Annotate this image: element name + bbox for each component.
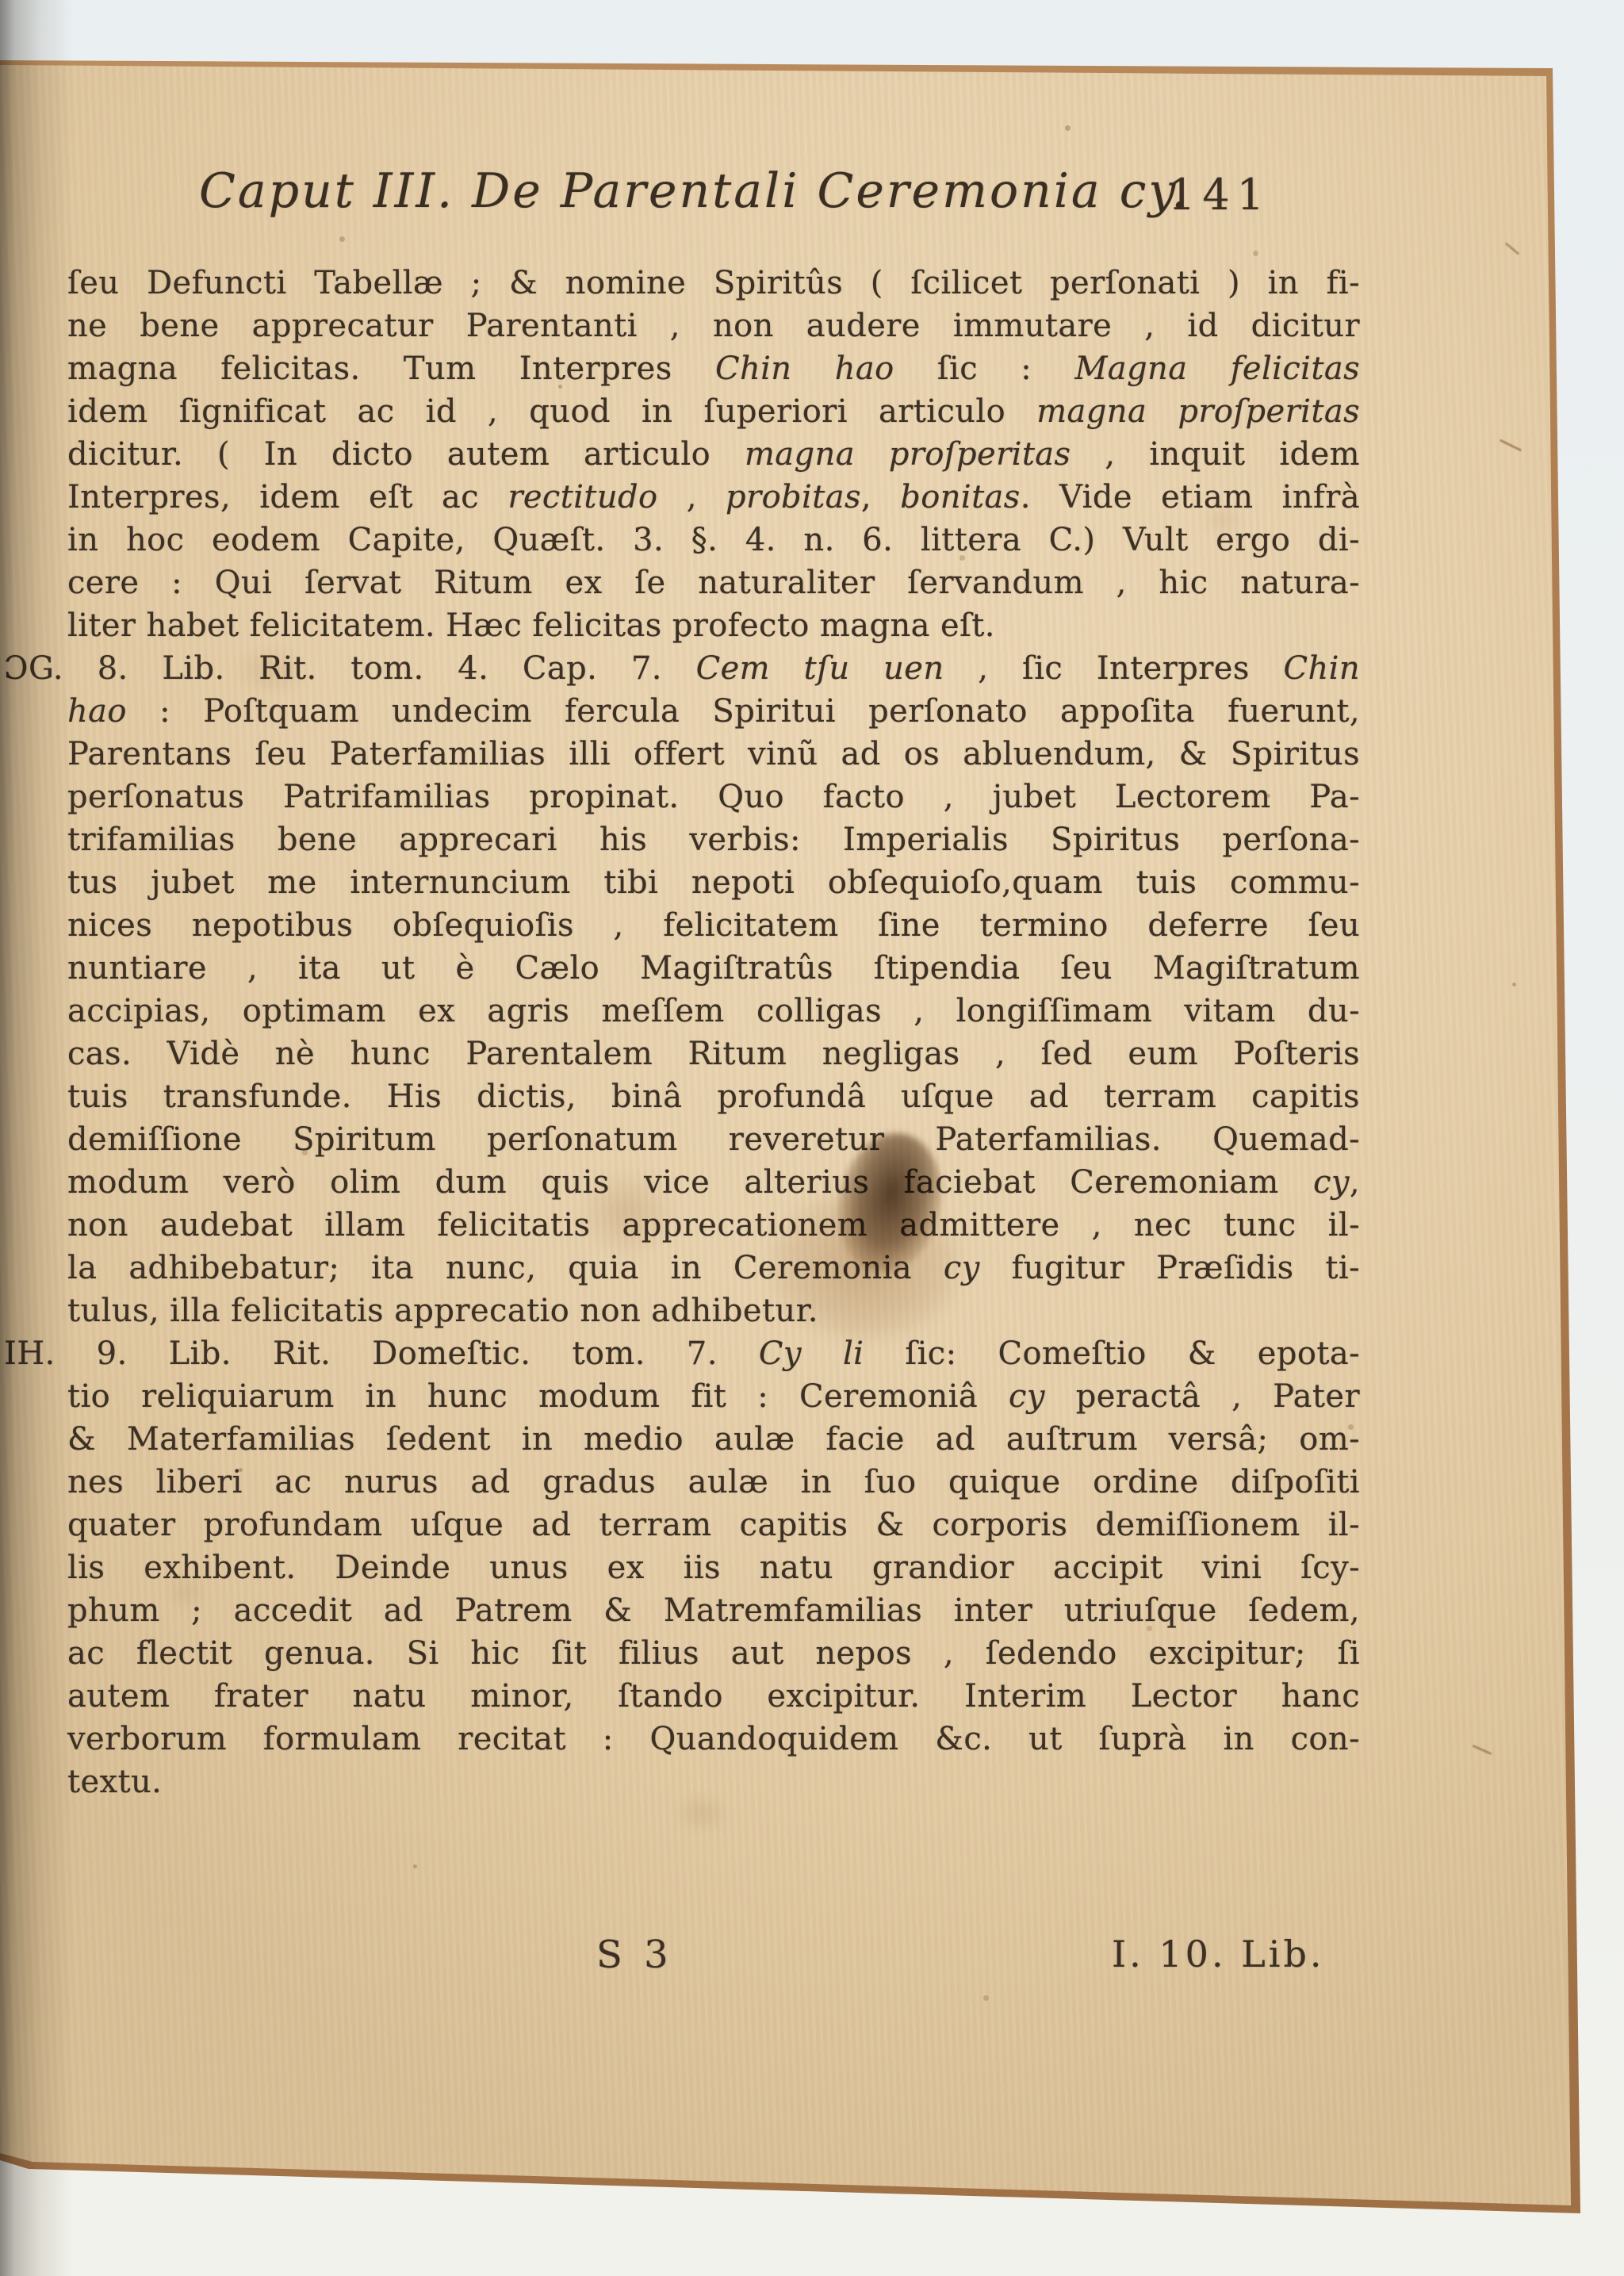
text-line: quater profundam uſque ad terram capitis…	[67, 1504, 1360, 1546]
text-segment: quater profundam uſque ad terram capitis…	[67, 1507, 1360, 1543]
text-segment: phum ; accedit ad Patrem & Matremfamilia…	[67, 1592, 1360, 1629]
text-block: ſeu Defuncti Tabellæ ; & nomine Spiritûs…	[67, 262, 1360, 1803]
running-header: Caput III. De Parentali Ceremonia cy. 14…	[67, 163, 1360, 251]
text-segment: , ſic Interpres	[944, 650, 1284, 687]
text-line: hao : Poſtquam undecim fercula Spiritui …	[67, 690, 1360, 733]
text-line: verborum formulam recitat : Quandoquidem…	[67, 1718, 1360, 1761]
text-segment: ſic: Comeſtio & epota-	[864, 1335, 1360, 1372]
italic-text-segment: Cem tſu uen	[696, 650, 944, 687]
text-line: la adhibebatur; ita nunc, quia in Ceremo…	[67, 1247, 1360, 1289]
text-segment: ,	[861, 479, 900, 515]
text-line: dicitur. ( In dicto autem articulo magna…	[67, 433, 1360, 476]
text-line: non audebat illam felicitatis apprecatio…	[67, 1204, 1360, 1247]
text-segment: demiſſione Spiritum perſonatum reveretur…	[67, 1121, 1360, 1158]
text-segment: tio reliquiarum in hunc modum fit : Cere…	[67, 1378, 1009, 1415]
text-segment: , inquit idem	[1071, 436, 1360, 473]
text-segment: : Poſtquam undecim fercula Spiritui perſ…	[127, 693, 1360, 730]
text-segment: peractâ , Pater	[1045, 1378, 1360, 1415]
text-segment: non audebat illam felicitatis apprecatio…	[67, 1207, 1360, 1243]
text-line: ne bene apprecatur Parentanti , non aude…	[67, 305, 1360, 347]
italic-text-segment: cy	[944, 1250, 980, 1286]
text-segment: Interpres, idem eſt ac	[67, 479, 507, 515]
italic-text-segment: cy	[1009, 1378, 1045, 1415]
italic-text-segment: rectitudo	[507, 479, 657, 515]
text-line: ac flectit genua. Si hic ſit filius aut …	[67, 1632, 1360, 1675]
text-line: demiſſione Spiritum perſonatum reveretur…	[67, 1118, 1360, 1161]
text-segment: tulus, illa felicitatis apprecatio non a…	[67, 1293, 818, 1329]
text-line: perſonatus Patrifamilias propinat. Quo f…	[67, 776, 1360, 818]
italic-text-segment: Chin	[1283, 650, 1360, 687]
italic-text-segment: Chin hao	[715, 351, 894, 387]
signature-mark: S 3	[596, 1933, 673, 1977]
text-line: nices nepotibus obſequioſis , felicitate…	[67, 904, 1360, 947]
text-segment: autem frater natu minor, ſtando excipitu…	[67, 1678, 1360, 1715]
text-segment: Parentans ſeu Paterfamilias illi offert …	[67, 736, 1360, 772]
text-segment: la adhibebatur; ita nunc, quia in Ceremo…	[67, 1250, 944, 1286]
text-segment: tuis transfunde. His dictis, binâ profun…	[67, 1079, 1360, 1115]
text-line: lis exhibent. Deinde unus ex iis natu gr…	[67, 1546, 1360, 1589]
text-line: nes liberi ac nurus ad gradus aulæ in ſu…	[67, 1461, 1360, 1504]
text-line: nuntiare , ita ut è Cælo Magiſtratûs ſti…	[67, 947, 1360, 990]
text-segment: fugitur Præſidis ti-	[980, 1250, 1360, 1286]
text-line: autem frater natu minor, ſtando excipitu…	[67, 1675, 1360, 1718]
text-segment: dicitur. ( In dicto autem articulo	[67, 436, 745, 473]
italic-text-segment: Magna felicitas	[1074, 351, 1360, 387]
text-line: tio reliquiarum in hunc modum fit : Cere…	[67, 1375, 1360, 1418]
italic-text-segment: magna proſperitas	[745, 436, 1071, 473]
text-line: modum verò olim dum quis vice alterius f…	[67, 1161, 1360, 1204]
text-line: ſeu Defuncti Tabellæ ; & nomine Spiritûs…	[67, 262, 1360, 305]
text-line: phum ; accedit ad Patrem & Matremfamilia…	[67, 1589, 1360, 1632]
text-segment: cas. Vidè nè hunc Parentalem Ritum negli…	[67, 1036, 1360, 1072]
page-number: 141	[1168, 170, 1271, 220]
text-line: tuis transfunde. His dictis, binâ profun…	[67, 1075, 1360, 1118]
text-segment: trifamilias bene apprecari his verbis: I…	[67, 822, 1360, 858]
text-segment: ne bene apprecatur Parentanti , non aude…	[67, 308, 1360, 344]
text-segment: tus jubet me internuncium tibi nepoti ob…	[67, 864, 1360, 901]
text-line: idem ſignificat ac id , quod in ſuperior…	[67, 390, 1360, 433]
text-line: & Materfamilias ſedent in medio aulæ fac…	[67, 1418, 1360, 1461]
text-segment: accipias, optimam ex agris meſſem collig…	[67, 993, 1360, 1029]
italic-text-segment: bonitas	[900, 479, 1021, 515]
text-line: cere : Qui ſervat Ritum ex ſe naturalite…	[67, 561, 1360, 604]
text-line: in hoc eodem Capite, Quæſt. 3. §. 4. n. …	[67, 519, 1360, 561]
text-line: Parentans ſeu Paterfamilias illi offert …	[67, 733, 1360, 776]
italic-text-segment: magna proſperitas	[1036, 393, 1360, 430]
text-segment: in hoc eodem Capite, Quæſt. 3. §. 4. n. …	[67, 522, 1360, 558]
text-line: liter habet felicitatem. Hæc felicitas p…	[67, 604, 1360, 647]
text-segment: nuntiare , ita ut è Cælo Magiſtratûs ſti…	[67, 950, 1360, 987]
text-segment: textu.	[67, 1764, 162, 1800]
text-segment: ,	[658, 479, 726, 515]
text-segment: verborum formulam recitat : Quandoquidem…	[67, 1721, 1360, 1757]
scanned-book-page: Caput III. De Parentali Ceremonia cy. 14…	[0, 0, 1624, 2276]
text-line: magna felicitas. Tum Interpres Chin hao …	[67, 347, 1360, 390]
text-line: cas. Vidè nè hunc Parentalem Ritum negli…	[67, 1033, 1360, 1075]
text-line: IH. 9. Lib. Rit. Domeſtic. tom. 7. Cy li…	[4, 1332, 1360, 1375]
text-segment: ſic :	[894, 351, 1075, 387]
text-segment: ſeu Defuncti Tabellæ ; & nomine Spiritûs…	[67, 265, 1360, 301]
text-segment: liter habet felicitatem. Hæc felicitas p…	[67, 607, 995, 644]
text-segment: . Vide etiam infrà	[1021, 479, 1360, 515]
italic-text-segment: hao	[67, 693, 127, 730]
chapter-title: Caput III. De Parentali Ceremonia cy.	[199, 163, 1189, 219]
text-line: accipias, optimam ex agris meſſem collig…	[67, 990, 1360, 1033]
text-segment: IH. 9. Lib. Rit. Domeſtic. tom. 7.	[4, 1335, 759, 1372]
page-content: Caput III. De Parentali Ceremonia cy. 14…	[0, 0, 1624, 2276]
text-segment: ,	[1350, 1164, 1360, 1201]
italic-text-segment: Cy li	[759, 1335, 864, 1372]
catchword: I. 10. Lib.	[1112, 1933, 1325, 1975]
text-segment: modum verò olim dum quis vice alterius f…	[67, 1164, 1313, 1201]
text-segment: cere : Qui ſervat Ritum ex ſe naturalite…	[67, 565, 1360, 601]
text-segment: ƆG. 8. Lib. Rit. tom. 4. Cap. 7.	[4, 650, 696, 687]
text-line: tus jubet me internuncium tibi nepoti ob…	[67, 861, 1360, 904]
text-line: Interpres, idem eſt ac rectitudo , probi…	[67, 476, 1360, 519]
text-segment: ac flectit genua. Si hic ſit filius aut …	[67, 1635, 1360, 1672]
text-segment: lis exhibent. Deinde unus ex iis natu gr…	[67, 1550, 1360, 1586]
text-line: tulus, illa felicitatis apprecatio non a…	[67, 1289, 1360, 1332]
italic-text-segment: cy	[1313, 1164, 1350, 1201]
text-segment: idem ſignificat ac id , quod in ſuperior…	[67, 393, 1036, 430]
text-segment: perſonatus Patrifamilias propinat. Quo f…	[67, 779, 1360, 815]
text-line: ƆG. 8. Lib. Rit. tom. 4. Cap. 7. Cem tſu…	[4, 647, 1360, 690]
text-line: textu.	[67, 1761, 1360, 1803]
text-segment: nices nepotibus obſequioſis , felicitate…	[67, 907, 1360, 944]
text-line: trifamilias bene apprecari his verbis: I…	[67, 818, 1360, 861]
text-segment: & Materfamilias ſedent in medio aulæ fac…	[67, 1421, 1360, 1458]
italic-text-segment: probitas	[726, 479, 861, 515]
text-segment: magna felicitas. Tum Interpres	[67, 351, 715, 387]
text-segment: nes liberi ac nurus ad gradus aulæ in ſu…	[67, 1464, 1360, 1500]
